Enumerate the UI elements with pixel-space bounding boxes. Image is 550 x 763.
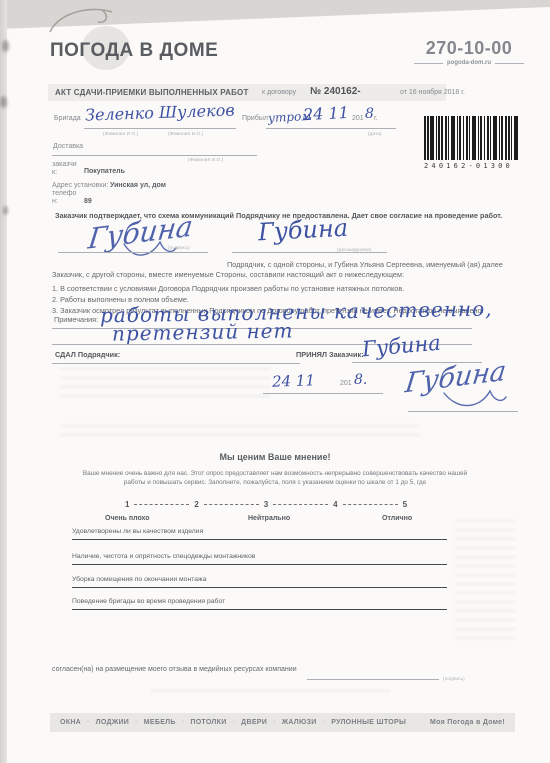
bleed-through-artifact <box>150 690 390 699</box>
bleed-through-artifact <box>60 368 270 404</box>
customer-label-2: к: <box>52 169 57 176</box>
nav-item-rulonnye-shtory: РУЛОННЫЕ ШТОРЫ <box>331 719 406 726</box>
survey-intro: Ваше мнение очень важно для нас. Этот оп… <box>73 470 477 487</box>
scale-number-1: 1 <box>125 500 129 509</box>
nav-item-lodzhii: ЛОДЖИИ <box>96 719 129 726</box>
scale-label-worst: Очень плохо <box>105 515 150 522</box>
nav-item-okna: ОКНА <box>60 719 81 726</box>
year-printed: 201 <box>352 115 364 122</box>
survey-question-4: Поведение бригады во время проведения ра… <box>72 598 447 610</box>
barcode-number: 240162-01300 <box>424 162 513 170</box>
brigade-line <box>84 128 236 129</box>
received-name-handwriting: Губина <box>361 331 442 362</box>
nav-item-mebel: МЕБЕЛЬ <box>144 719 176 726</box>
decode-hint: (расшифровка) <box>337 247 372 252</box>
handover-date-line <box>263 393 383 394</box>
scale-dash <box>134 504 189 505</box>
header-phone-block: 270-10-00 pogoda-dom.ru <box>414 38 524 66</box>
scale-dash <box>273 504 328 505</box>
handover-year-handwriting: 8. <box>354 372 367 388</box>
nav-item-potolki: ПОТОЛКИ <box>190 719 226 726</box>
agreement-intro: Подрядчик, с одной стороны, и Губина Уль… <box>52 260 530 279</box>
nav-separator-dot <box>323 719 326 726</box>
site-url: pogoda-dom.ru <box>447 60 491 66</box>
scale-number-5: 5 <box>403 500 407 509</box>
address-label: Адрес установки: <box>52 182 108 189</box>
nav-separator-dot <box>182 719 185 726</box>
consent-sign-line <box>307 679 439 680</box>
address-value: Уинская ул, дом <box>110 182 166 189</box>
scale-label-mid: Нейтрально <box>248 515 290 522</box>
gave-label: СДАЛ Подрядчик: <box>55 350 120 359</box>
rating-scale: 1 2 3 4 5 <box>125 500 407 509</box>
nav-item-zhalyuzi: ЖАЛЮЗИ <box>282 719 317 726</box>
site-dash-left <box>414 63 443 64</box>
surname-hint-3: (Фамилия И.О.) <box>188 157 223 162</box>
handover-year-printed: 201 <box>340 380 352 387</box>
site-dash-right <box>495 63 524 64</box>
signature-flourish-2 <box>440 385 510 413</box>
footer-nav: ОКНА ЛОДЖИИ МЕБЕЛЬ ПОТОЛКИ ДВЕРИ ЖАЛЮЗИ … <box>50 713 515 732</box>
consent-text: согласен(на) на размещение моего отзыва … <box>52 666 297 673</box>
scan-speck <box>3 206 8 215</box>
agreement-item-1: 1. В соответствии с условиями Договора П… <box>52 284 530 293</box>
barcode <box>424 116 518 160</box>
year-suffix: г. <box>374 115 378 122</box>
scale-label-best: Отлично <box>382 515 412 522</box>
phone-number: 270-10-00 <box>414 38 524 59</box>
received-label: ПРИНЯЛ Заказчик: <box>296 350 364 359</box>
scale-dash <box>204 504 259 505</box>
nav-separator-dot <box>135 719 138 726</box>
handover-date-handwriting: 24 11 <box>272 371 316 390</box>
scale-dash <box>343 504 398 505</box>
footer-slogan: Моя Погода в Доме! <box>430 719 505 726</box>
contract-number: № 240162- <box>310 86 361 97</box>
survey-question-1: Удовлетворены ли вы качеством изделия <box>72 528 447 540</box>
brigade-handwriting: Зеленко Шулеков <box>85 100 235 124</box>
delivery-line <box>52 155 257 156</box>
sign-hint: (подпись) <box>168 245 190 250</box>
brigade-label: Бригада <box>54 115 81 122</box>
notes-label: Примечания: <box>54 315 98 324</box>
bleed-through-artifact <box>455 520 515 640</box>
date-hint: (дата) <box>368 131 382 136</box>
company-logo: ПОГОДА В ДОМЕ <box>50 40 218 62</box>
arrived-line <box>266 128 396 129</box>
nav-separator-dot <box>233 719 236 726</box>
scanner-left-edge <box>0 0 7 763</box>
scan-speck <box>2 40 9 52</box>
signature-line <box>58 252 208 253</box>
surname-hint-2: (Фамилия И.О.) <box>168 131 203 136</box>
bleed-through-artifact <box>60 425 420 437</box>
decode-line <box>232 252 387 253</box>
survey-title: Мы ценим Ваше мнение! <box>65 452 485 462</box>
notes-handwriting-2: претензий нет <box>112 318 294 345</box>
customer-label-1: заказчи <box>52 161 77 168</box>
to-contract-label: к договору <box>262 89 296 96</box>
received-sign-line <box>408 411 518 412</box>
gave-line <box>52 363 300 364</box>
customer-name-handwriting: Губина <box>257 214 348 247</box>
scale-number-2: 2 <box>194 500 198 509</box>
year-handwriting: 8 <box>365 106 374 122</box>
site-line: pogoda-dom.ru <box>414 60 524 66</box>
customer-value: Покупатель <box>84 168 125 175</box>
scale-number-4: 4 <box>333 500 337 509</box>
phone-value: 89 <box>84 198 92 205</box>
phone-label-1: телефо <box>52 190 76 197</box>
arrived-date-handwriting: 24 11 <box>303 103 350 124</box>
nav-item-dveri: ДВЕРИ <box>241 719 267 726</box>
scanned-document: ПОГОДА В ДОМЕ 270-10-00 pogoda-dom.ru АК… <box>0 0 550 763</box>
nav-separator-dot <box>87 719 90 726</box>
nav-separator-dot <box>273 719 276 726</box>
scale-number-3: 3 <box>264 500 268 509</box>
survey-question-3: Уборка помещения по окончании монтажа <box>72 576 447 588</box>
delivery-label: Доставка <box>53 143 83 150</box>
phone-label-2: н: <box>52 198 58 205</box>
survey-question-2: Наличие, чистота и опрятность спецодежды… <box>72 553 447 565</box>
scan-speck <box>0 96 7 108</box>
doc-title: АКТ СДАЧИ-ПРИЕМКИ ВЫПОЛНЕННЫХ РАБОТ <box>55 88 249 97</box>
surname-hint-1: (Фамилия И.О.) <box>103 131 138 136</box>
consent-sign-hint: (подпись) <box>443 676 465 681</box>
arrived-label: Прибыл <box>242 115 268 122</box>
contract-date: от 16 ноября 2018 г. <box>400 89 465 96</box>
